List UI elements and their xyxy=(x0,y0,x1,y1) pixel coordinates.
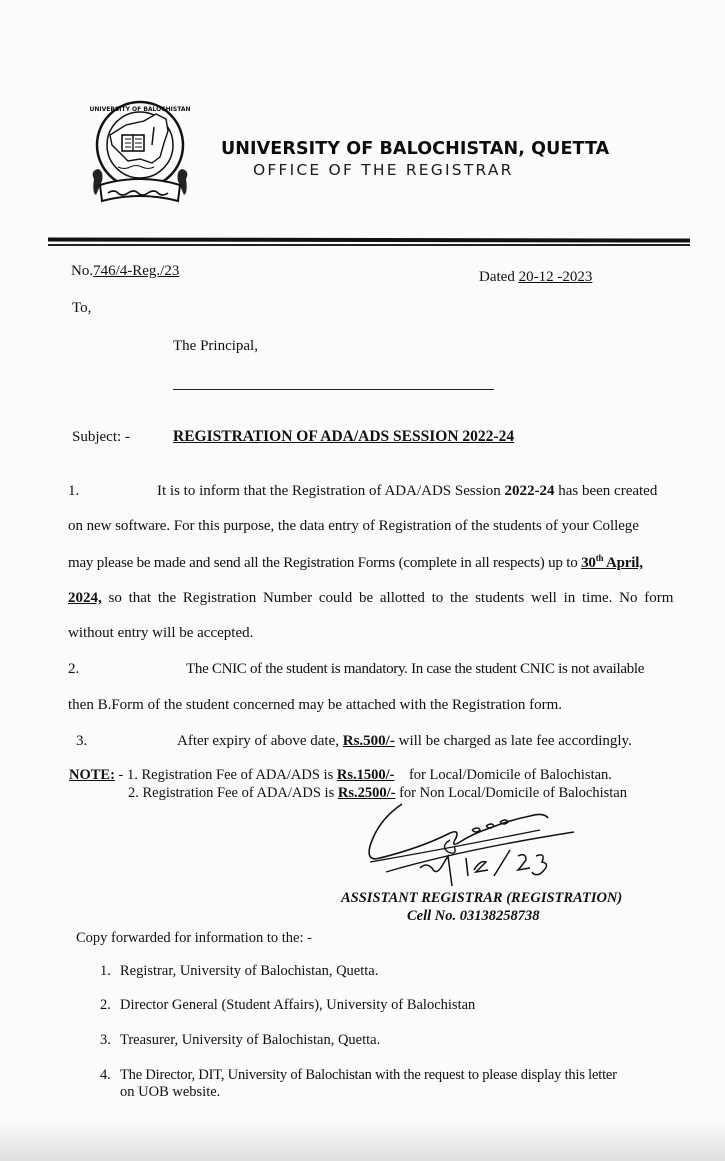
page-shadow xyxy=(0,1120,725,1161)
note-label: NOTE: xyxy=(69,767,115,783)
local-fee: Rs.1500/- xyxy=(337,767,395,783)
para-1-line-1: It is to inform that the Registration of… xyxy=(157,483,657,500)
copy-heading: Copy forwarded for information to the: - xyxy=(76,929,312,947)
letter-date-value: 20-12 -2023 xyxy=(519,269,593,285)
para-2-line-1: The CNIC of the student is mandatory. In… xyxy=(186,661,644,678)
para-3-number: 3. xyxy=(76,733,87,750)
late-fee: Rs.500/- xyxy=(343,733,395,749)
letter-date: Dated 20-12 -2023 xyxy=(479,268,592,286)
subject-label: Subject: - xyxy=(72,428,130,446)
para-3-text: After expiry of above date, Rs.500/- wil… xyxy=(177,733,632,750)
to-label: To, xyxy=(72,299,91,317)
address-blank-line xyxy=(173,389,494,390)
note-line-1: NOTE: - 1. Registration Fee of ADA/ADS i… xyxy=(69,767,612,784)
copy-item: 3.Treasurer, University of Balochistan, … xyxy=(100,1031,380,1049)
university-seal-icon: UNIVERSITY OF BALOCHISTAN xyxy=(86,97,194,209)
reference-number: No.746/4-Reg./23 xyxy=(71,262,179,280)
header-divider-thin xyxy=(48,244,690,246)
university-name: UNIVERSITY OF BALOCHISTAN, QUETTA xyxy=(221,139,609,159)
para-1-line-5: without entry will be accepted. xyxy=(68,625,253,642)
para-2-number: 2. xyxy=(68,661,79,678)
header-divider xyxy=(48,237,690,242)
non-local-fee: Rs.2500/- xyxy=(338,785,396,801)
deadline-date: 30th April, xyxy=(581,555,643,571)
svg-text:UNIVERSITY OF BALOCHISTAN: UNIVERSITY OF BALOCHISTAN xyxy=(89,106,190,113)
para-1-line-2: on new software. For this purpose, the d… xyxy=(68,518,639,535)
para-1-line-3: may please be made and send all the Regi… xyxy=(68,553,643,572)
signatory-cell: Cell No. 03138258738 xyxy=(407,908,540,925)
copy-item-continuation: on UOB website. xyxy=(120,1083,220,1101)
reference-number-value: 746/4-Reg./23 xyxy=(93,263,179,279)
copy-item: 2.Director General (Student Affairs), Un… xyxy=(100,996,475,1014)
signatory-title: ASSISTANT REGISTRAR (REGISTRATION) xyxy=(341,890,622,907)
para-1-line-4: 2024, so that the Registration Number co… xyxy=(68,590,673,607)
handwritten-signature-icon xyxy=(360,800,580,895)
recipient: The Principal, xyxy=(173,337,258,355)
copy-item: 1.Registrar, University of Balochistan, … xyxy=(100,962,378,980)
subject-title: REGISTRATION OF ADA/ADS SESSION 2022-24 xyxy=(173,428,514,446)
copy-item: 4.The Director, DIT, University of Baloc… xyxy=(100,1066,617,1084)
para-2-line-2: then B.Form of the student concerned may… xyxy=(68,697,562,714)
office-name: OFFICE OF THE REGISTRAR xyxy=(253,161,514,179)
para-1-number: 1. xyxy=(68,483,79,500)
